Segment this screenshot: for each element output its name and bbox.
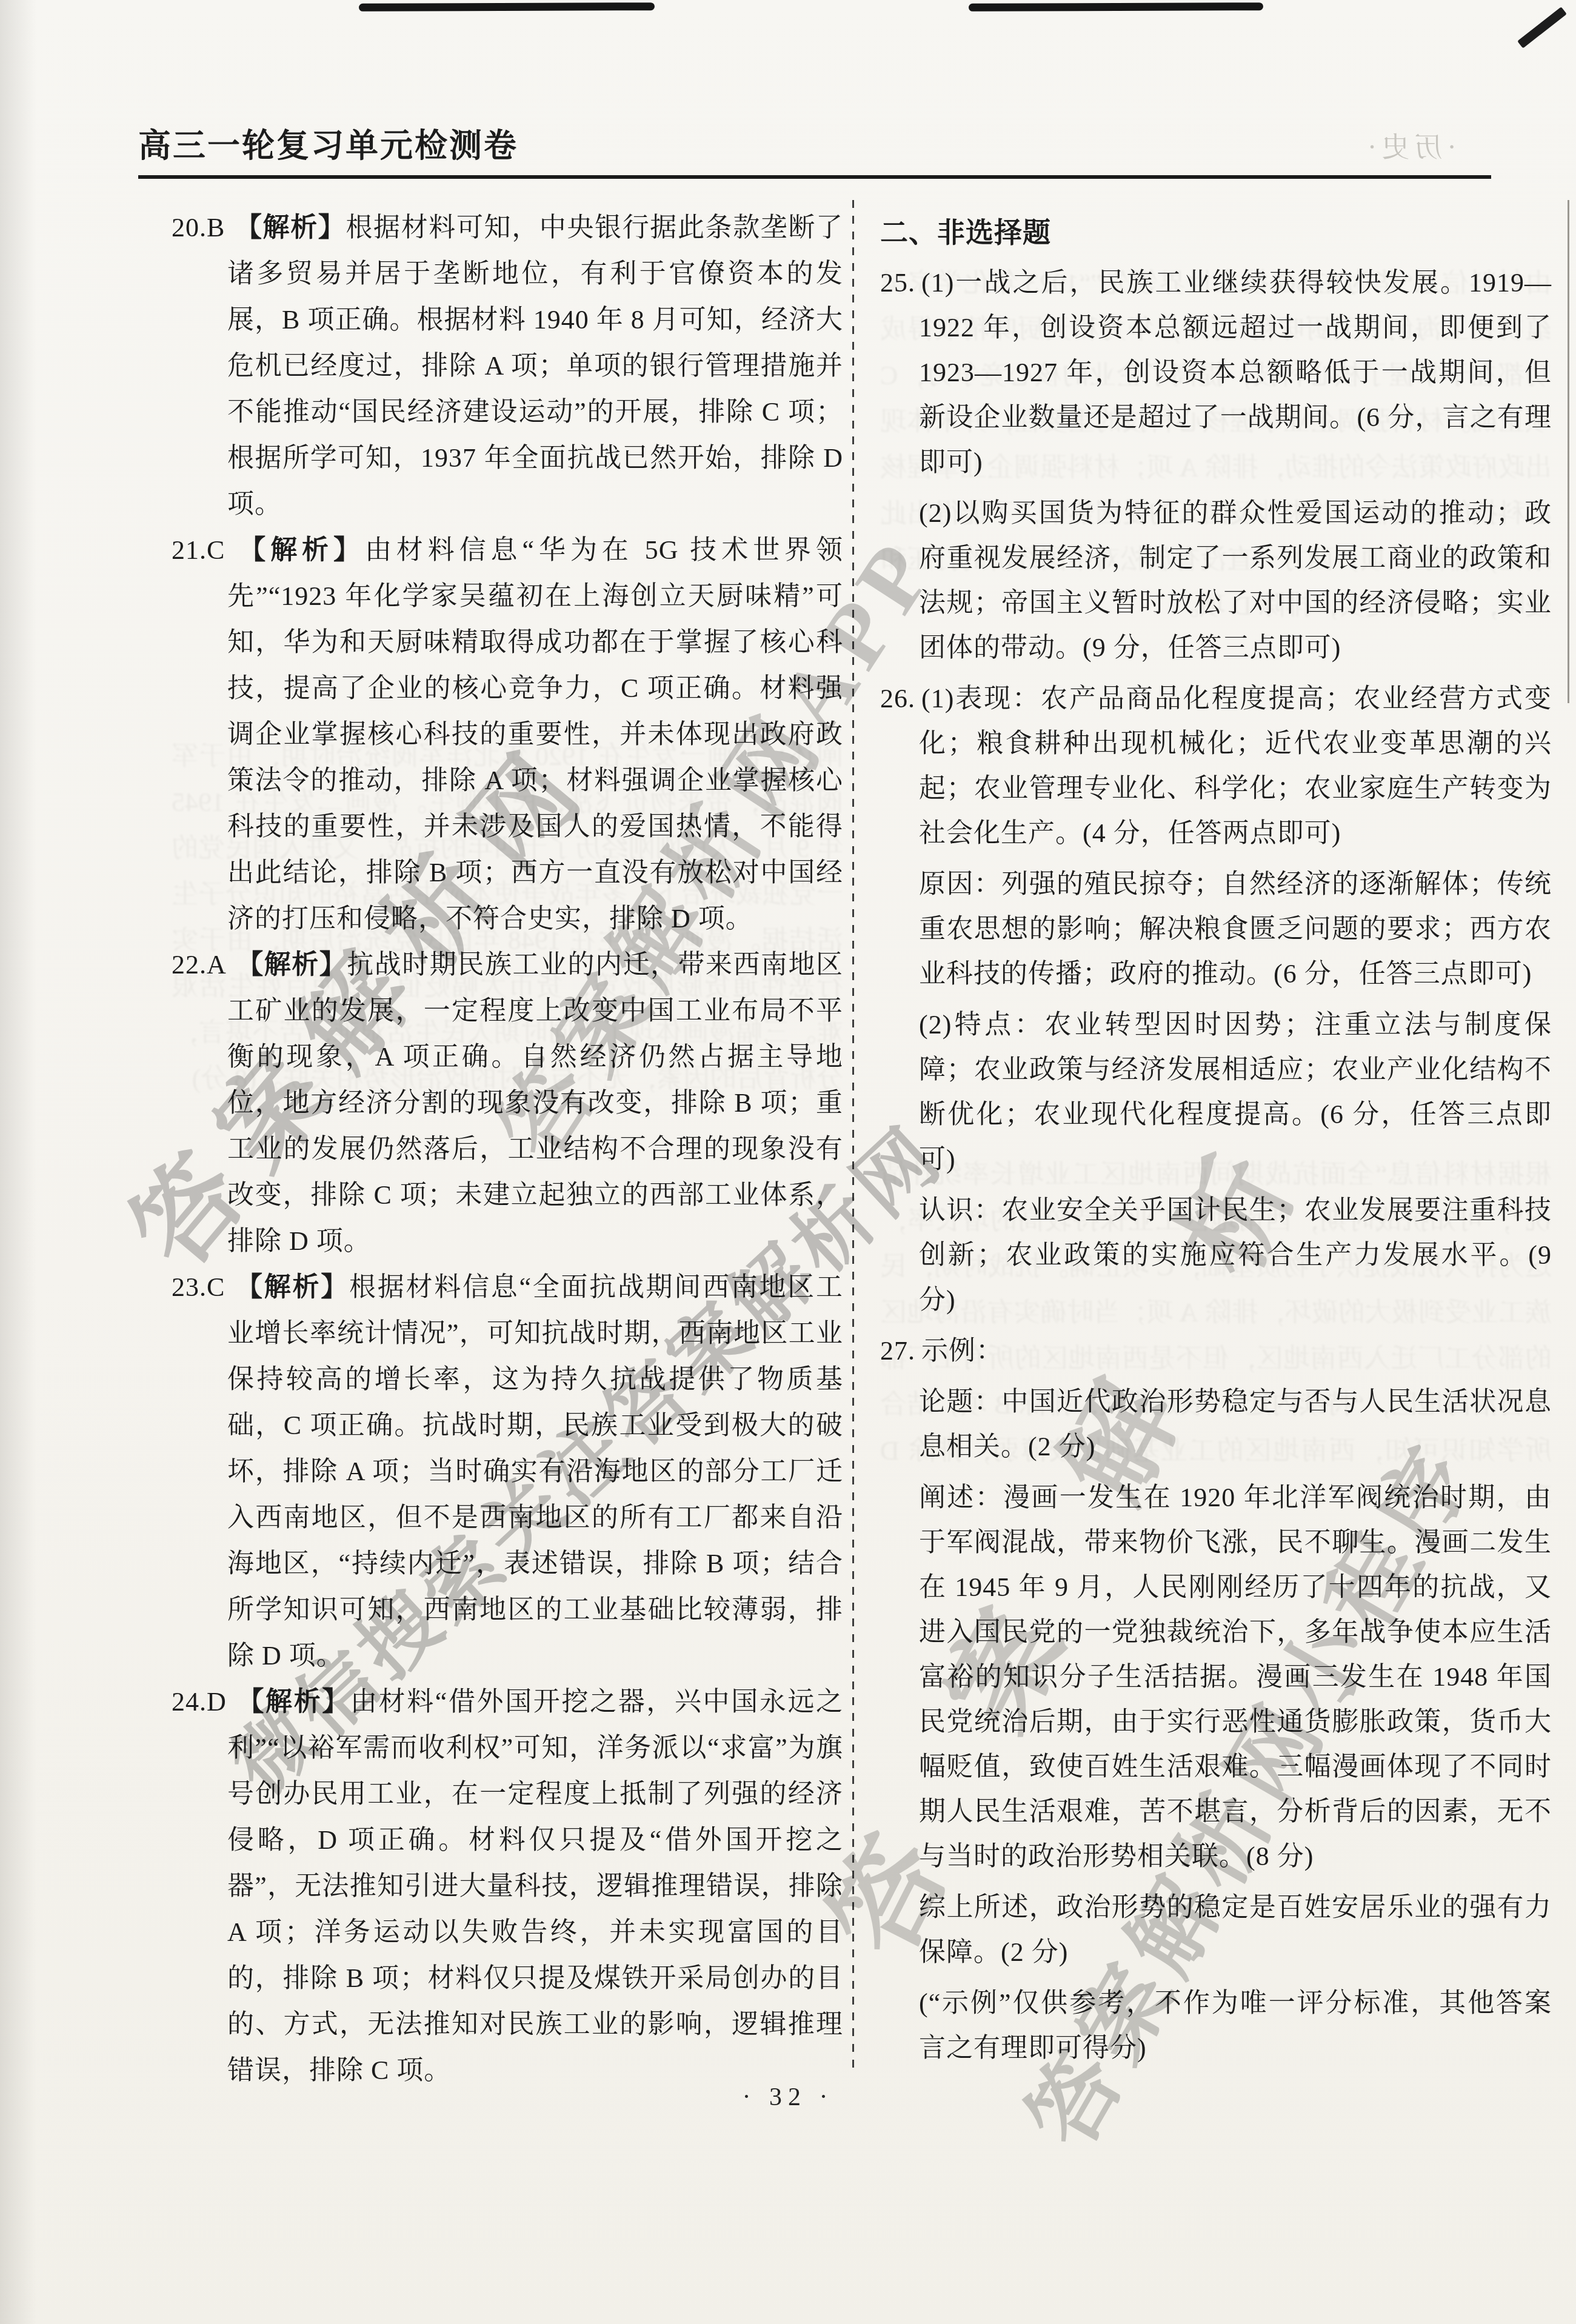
- subject-bleed-label: ·历史·: [1363, 125, 1457, 165]
- answer-text: 由材料“借外国开挖之器，兴中国永远之利”“以裕军需而收利权”可知，洋务派以“求富…: [227, 1687, 843, 2085]
- answer-item-27: 27.示例：: [880, 1329, 1552, 1374]
- left-column: 20.B【解析】根据材料可知，中央银行据此条款垄断了诸多贸易并居于垄断地位，有利…: [172, 205, 843, 2094]
- answer-item-20: 20.B【解析】根据材料可知，中央银行据此条款垄断了诸多贸易并居于垄断地位，有利…: [172, 205, 843, 527]
- answer-number: 26.: [880, 684, 915, 713]
- answer-item-26-cause: 原因：列强的殖民掠夺；自然经济的逐渐解体；传统重农思想的影响；解决粮食匮乏问题的…: [880, 862, 1552, 997]
- answer-text: 示例：: [921, 1336, 1003, 1366]
- answer-item-23: 23.C【解析】根据材料信息“全面抗战期间西南地区工业增长率统计情况”，可知抗战…: [172, 1264, 843, 1679]
- analysis-tag: 【解析】: [235, 213, 346, 242]
- answer-text: 论题：中国近代政治形势稳定与否与人民生活状况息息相关。(2 分): [919, 1387, 1552, 1461]
- analysis-tag: 【解析】: [236, 1687, 350, 1717]
- answer-text: (1)一战之后，民族工业继续获得较快发展。1919—1922 年，创设资本总额远…: [919, 268, 1552, 477]
- answer-text: 根据材料可知，中央银行据此条款垄断了诸多贸易并居于垄断地位，有利于官僚资本的发展…: [227, 213, 843, 519]
- answer-number: 21.C: [172, 535, 225, 565]
- answer-item-27-note: (“示例”仅供参考，不作为唯一评分标准，其他答案言之有理即可得分): [880, 1981, 1552, 2071]
- page-title: 高三一轮复习单元检测卷: [138, 120, 518, 167]
- answer-text: (2)以购买国货为特征的群众性爱国运动的推动；政府重视发展经济，制定了一系列发展…: [919, 498, 1552, 663]
- answer-text: (“示例”仅供参考，不作为唯一评分标准，其他答案言之有理即可得分): [919, 1988, 1552, 2063]
- answer-text: (1)表现：农产品商品化程度提高；农业经营方式变化；粮食耕种出现机械化；近代农业…: [919, 684, 1552, 848]
- answer-item-26-2: (2)特点：农业转型因时因势；注重立法与制度保障；农业政策与经济发展相适应；农业…: [880, 1003, 1552, 1182]
- scan-artifact-line: [359, 2, 655, 12]
- scan-artifact-line: [969, 2, 1263, 12]
- answer-text: 认识：农业安全关乎国计民生；农业发展要注重科技创新；农业政策的实施应符合生产力发…: [919, 1195, 1552, 1315]
- answer-number: 27.: [880, 1336, 915, 1366]
- header-rule: [138, 175, 1491, 179]
- answer-item-25: 25.(1)一战之后，民族工业继续获得较快发展。1919—1922 年，创设资本…: [880, 261, 1552, 485]
- answer-item-22: 22.A【解析】抗战时期民族工业的内迁，带来西南地区工矿业的发展，一定程度上改变…: [172, 942, 843, 1264]
- scan-artifact-corner-mark: [1517, 7, 1567, 48]
- answer-number: 20.B: [172, 213, 225, 242]
- answer-item-26-understanding: 认识：农业安全关乎国计民生；农业发展要注重科技创新；农业政策的实施应符合生产力发…: [880, 1188, 1552, 1323]
- page-edge-shadow: [0, 0, 36, 2324]
- analysis-tag: 【解析】: [236, 950, 347, 980]
- scanned-page: 阐述：漫画一发生在 1920 年北洋军阀统治时期，由于军阀混战，带来物价飞涨，民…: [0, 0, 1576, 2324]
- answer-text: (2)特点：农业转型因时因势；注重立法与制度保障；农业政策与经济发展相适应；农业…: [919, 1010, 1552, 1174]
- section-title: 二、非选择题: [880, 210, 1552, 255]
- answer-item-27-thesis: 论题：中国近代政治形势稳定与否与人民生活状况息息相关。(2 分): [880, 1380, 1552, 1469]
- answer-text: 由材料信息“华为在 5G 技术世界领先”“1923 年化学家吴蕴初在上海创立天厨…: [227, 535, 843, 933]
- right-column: 二、非选择题 25.(1)一战之后，民族工业继续获得较快发展。1919—1922…: [880, 210, 1552, 2077]
- answer-item-25-2: (2)以购买国货为特征的群众性爱国运动的推动；政府重视发展经济，制定了一系列发展…: [880, 491, 1552, 670]
- answer-item-21: 21.C【解析】由材料信息“华为在 5G 技术世界领先”“1923 年化学家吴蕴…: [172, 527, 843, 942]
- answer-item-24: 24.D【解析】由材料“借外国开挖之器，兴中国永远之利”“以裕军需而收利权”可知…: [172, 1679, 843, 2094]
- answer-text: 阐述：漫画一发生在 1920 年北洋军阀统治时期，由于军阀混战，带来物价飞涨，民…: [919, 1483, 1552, 1871]
- answer-number: 22.A: [172, 950, 227, 980]
- answer-text: 根据材料信息“全面抗战期间西南地区工业增长率统计情况”，可知抗战时期，西南地区工…: [227, 1272, 843, 1671]
- answer-text: 抗战时期民族工业的内迁，带来西南地区工矿业的发展，一定程度上改变中国工业布局不平…: [227, 950, 843, 1256]
- analysis-tag: 【解析】: [235, 535, 365, 565]
- analysis-tag: 【解析】: [235, 1272, 349, 1302]
- answer-item-26: 26.(1)表现：农产品商品化程度提高；农业经营方式变化；粮食耕种出现机械化；近…: [880, 676, 1552, 856]
- answer-item-27-elaboration: 阐述：漫画一发生在 1920 年北洋军阀统治时期，由于军阀混战，带来物价飞涨，民…: [880, 1475, 1552, 1879]
- answer-number: 23.C: [172, 1272, 225, 1302]
- answer-number: 25.: [880, 268, 915, 298]
- answer-number: 24.D: [172, 1687, 227, 1717]
- page-edge-line: [1568, 200, 1569, 703]
- answer-text: 原因：列强的殖民掠夺；自然经济的逐渐解体；传统重农思想的影响；解决粮食匮乏问题的…: [919, 869, 1552, 989]
- answer-text: 综上所述，政治形势的稳定是百姓安居乐业的强有力保障。(2 分): [919, 1892, 1552, 1967]
- answer-item-27-conclusion: 综上所述，政治形势的稳定是百姓安居乐业的强有力保障。(2 分): [880, 1885, 1552, 1975]
- column-divider: [852, 200, 854, 2074]
